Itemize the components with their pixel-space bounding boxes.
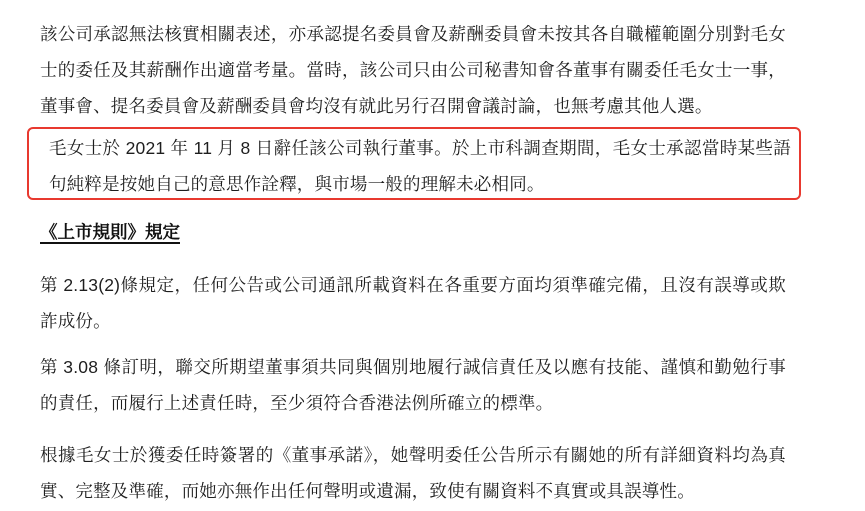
paragraph-company-admission: 該公司承認無法核實相關表述，亦承認提名委員會及薪酬委員會未按其各自職權範圍分別對… [40, 16, 786, 124]
paragraph-rule-2-13-2: 第 2.13(2)條規定，任何公告或公司通訊所載資料在各重要方面均須準確完備，且… [40, 267, 786, 339]
section-heading-listing-rules: 《上市規則》規定 [40, 214, 180, 250]
document-page: 該公司承認無法核實相關表述，亦承認提名委員會及薪酬委員會未按其各自職權範圍分別對… [0, 0, 865, 511]
red-highlight-box: 毛女士於 2021 年 11 月 8 日辭任該公司執行董事。於上市科調查期間，毛… [27, 127, 801, 200]
paragraph-director-undertaking: 根據毛女士於獲委任時簽署的《董事承諾》，她聲明委任公告所示有關她的所有詳細資料均… [40, 437, 786, 509]
paragraph-resignation-highlighted: 毛女士於 2021 年 11 月 8 日辭任該公司執行董事。於上市科調查期間，毛… [49, 130, 791, 200]
paragraph-rule-3-08: 第 3.08 條訂明，聯交所期望董事須共同與個別地履行誠信責任及以應有技能、謹慎… [40, 349, 786, 421]
